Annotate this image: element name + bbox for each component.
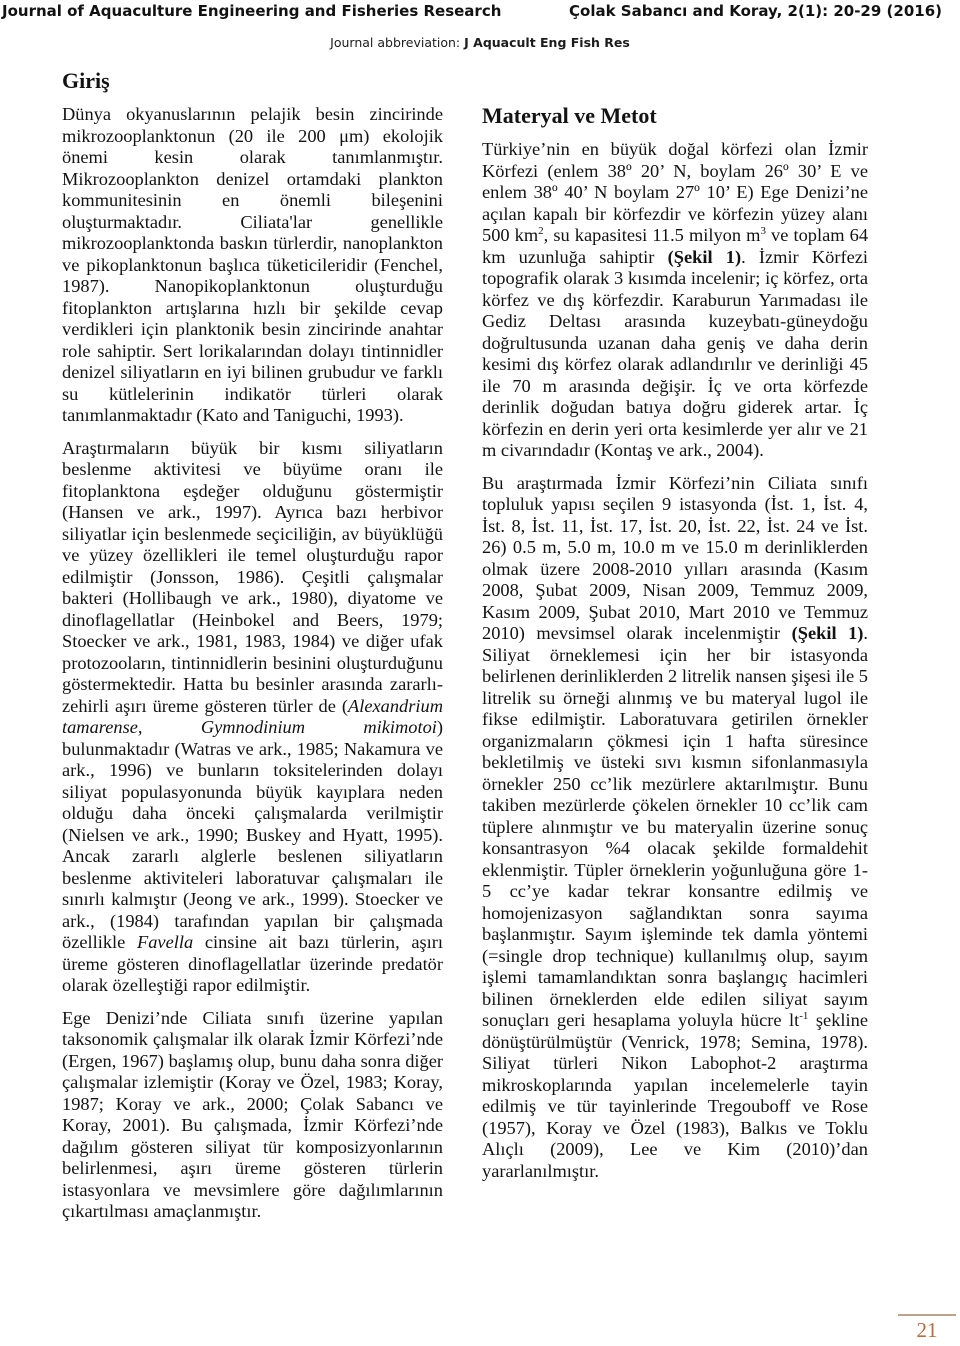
figure-reference-bold: (Şekil 1) xyxy=(668,247,741,267)
paragraph-intro-2: Araştırmaların büyük bir kısmı siliyatla… xyxy=(62,438,443,997)
abbreviation-label: Journal abbreviation: xyxy=(330,35,460,50)
figure-reference-bold: (Şekil 1) xyxy=(792,623,864,643)
footer-rule xyxy=(898,1314,956,1316)
section-heading-giris: Giriş xyxy=(62,68,443,93)
journal-abbreviation-line: Journal abbreviation: J Aquacult Eng Fis… xyxy=(0,36,960,50)
page-header: Journal of Aquaculture Engineering and F… xyxy=(0,0,960,50)
paragraph-method-1: Türkiye’nin en büyük doğal körfezi olan … xyxy=(482,139,868,462)
paragraph-method-2: Bu araştırmada İzmir Körfezi’nin Ciliata… xyxy=(482,473,868,1183)
left-column: Giriş Dünya okyanuslarının pelajik besin… xyxy=(62,68,443,1223)
abbreviation-value: J Aquacult Eng Fish Res xyxy=(464,35,630,50)
page-number: 21 xyxy=(898,1318,956,1342)
right-column: Materyal ve Metot Türkiye’nin en büyük d… xyxy=(482,103,868,1182)
paragraph-text: . Siliyat örneklemesi için her bir istas… xyxy=(482,623,868,1030)
journal-title: Journal of Aquaculture Engineering and F… xyxy=(2,3,501,20)
paragraph-text: , su kapasitesi 11.5 milyon m xyxy=(544,225,761,245)
section-heading-materyal-ve-metot: Materyal ve Metot xyxy=(482,103,868,128)
citation: Çolak Sabancı and Koray, 2(1): 20-29 (20… xyxy=(569,3,942,20)
paragraph-text: şekline dönüştürülmüştür (Venrick, 1978;… xyxy=(482,1010,868,1181)
paragraph-intro-3: Ege Denizi’nde Ciliata sınıfı üzerine ya… xyxy=(62,1008,443,1223)
paragraph-text: Bu araştırmada İzmir Körfezi’nin Ciliata… xyxy=(482,473,868,644)
header-row: Journal of Aquaculture Engineering and F… xyxy=(0,0,960,20)
paragraph-intro-1: Dünya okyanuslarının pelajik besin zinci… xyxy=(62,104,443,427)
paragraph-text: Araştırmaların büyük bir kısmı siliyatla… xyxy=(62,438,443,716)
genus-name-italic: Favella xyxy=(137,932,193,952)
paragraph-text: . İzmir Körfezi topografik olarak 3 kısı… xyxy=(482,247,868,461)
paragraph-text: ) bulunmaktadır (Watras ve ark., 1985; N… xyxy=(62,717,443,952)
